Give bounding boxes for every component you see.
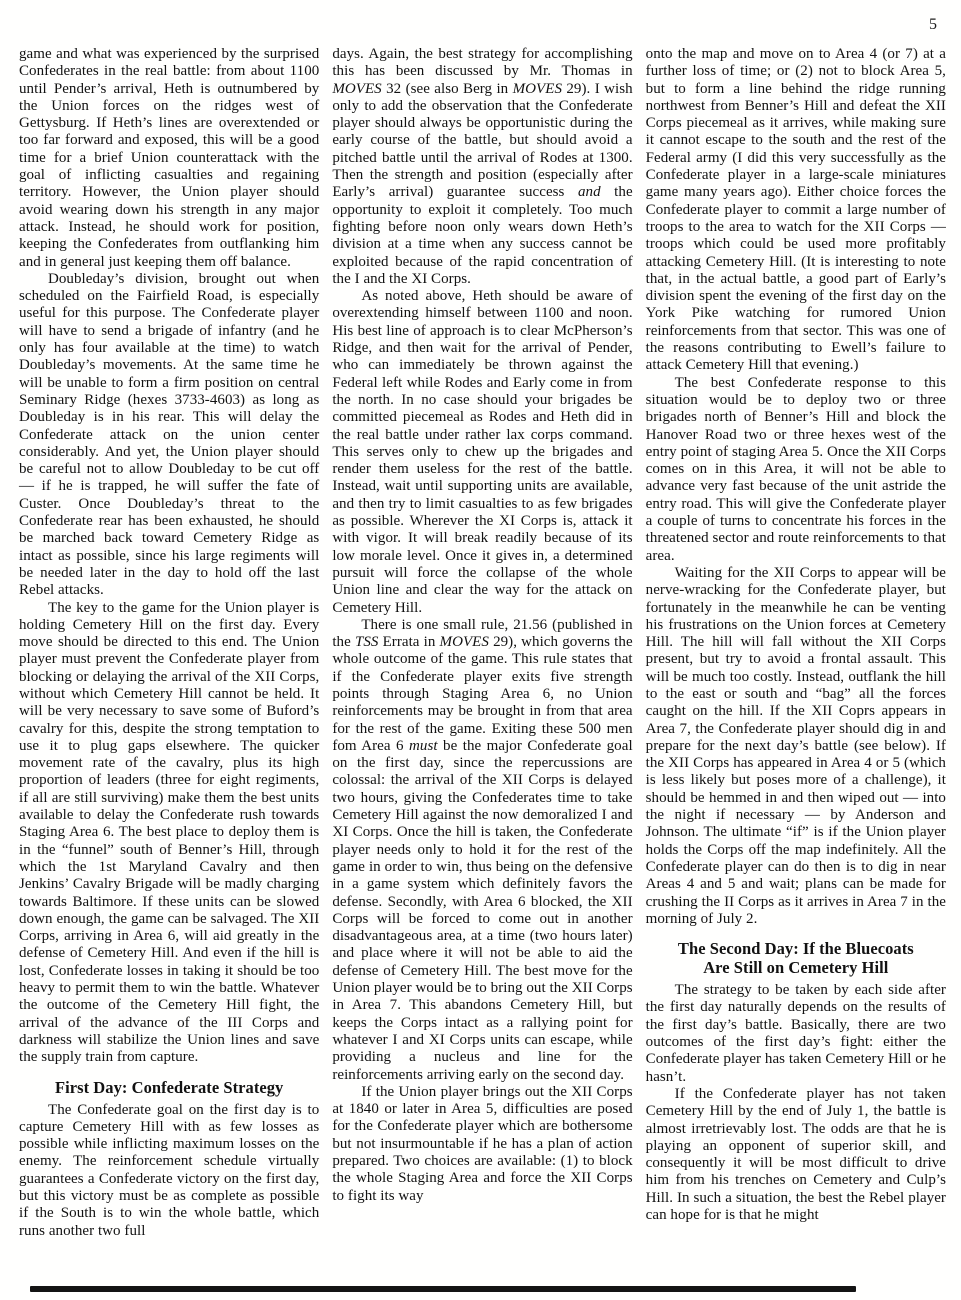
scan-artifact-bar bbox=[30, 1286, 856, 1292]
column-2: days. Again, the best strategy for accom… bbox=[332, 46, 632, 1240]
paragraph: If the Union player brings out the XII C… bbox=[332, 1084, 632, 1205]
column-3: onto the map and move on to Area 4 (or 7… bbox=[646, 46, 946, 1240]
paragraph: The best Confederate response to this si… bbox=[646, 375, 946, 565]
paragraph: As noted above, Heth should be aware of … bbox=[332, 288, 632, 617]
paragraph: If the Confederate player has not taken … bbox=[646, 1086, 946, 1224]
section-heading: The Second Day: If the BluecoatsAre Stil… bbox=[646, 939, 946, 977]
paragraph: game and what was experienced by the sur… bbox=[19, 46, 319, 271]
column-1: game and what was experienced by the sur… bbox=[19, 46, 319, 1240]
paragraph: There is one small rule, 21.56 (publishe… bbox=[332, 617, 632, 1084]
paragraph: days. Again, the best strategy for accom… bbox=[332, 46, 632, 288]
paragraph: The key to the game for the Union player… bbox=[19, 600, 319, 1067]
paragraph: The Confederate goal on the first day is… bbox=[19, 1102, 319, 1240]
paragraph: onto the map and move on to Area 4 (or 7… bbox=[646, 46, 946, 375]
article-columns: game and what was experienced by the sur… bbox=[0, 0, 961, 1240]
paragraph: Doubleday’s division, brought out when s… bbox=[19, 271, 319, 600]
section-heading: First Day: Confederate Strategy bbox=[19, 1078, 319, 1097]
paragraph: Waiting for the XII Corps to appear will… bbox=[646, 565, 946, 928]
magazine-page: 5 game and what was experienced by the s… bbox=[0, 0, 961, 1300]
page-number: 5 bbox=[929, 16, 937, 34]
paragraph: The strategy to be taken by each side af… bbox=[646, 982, 946, 1086]
